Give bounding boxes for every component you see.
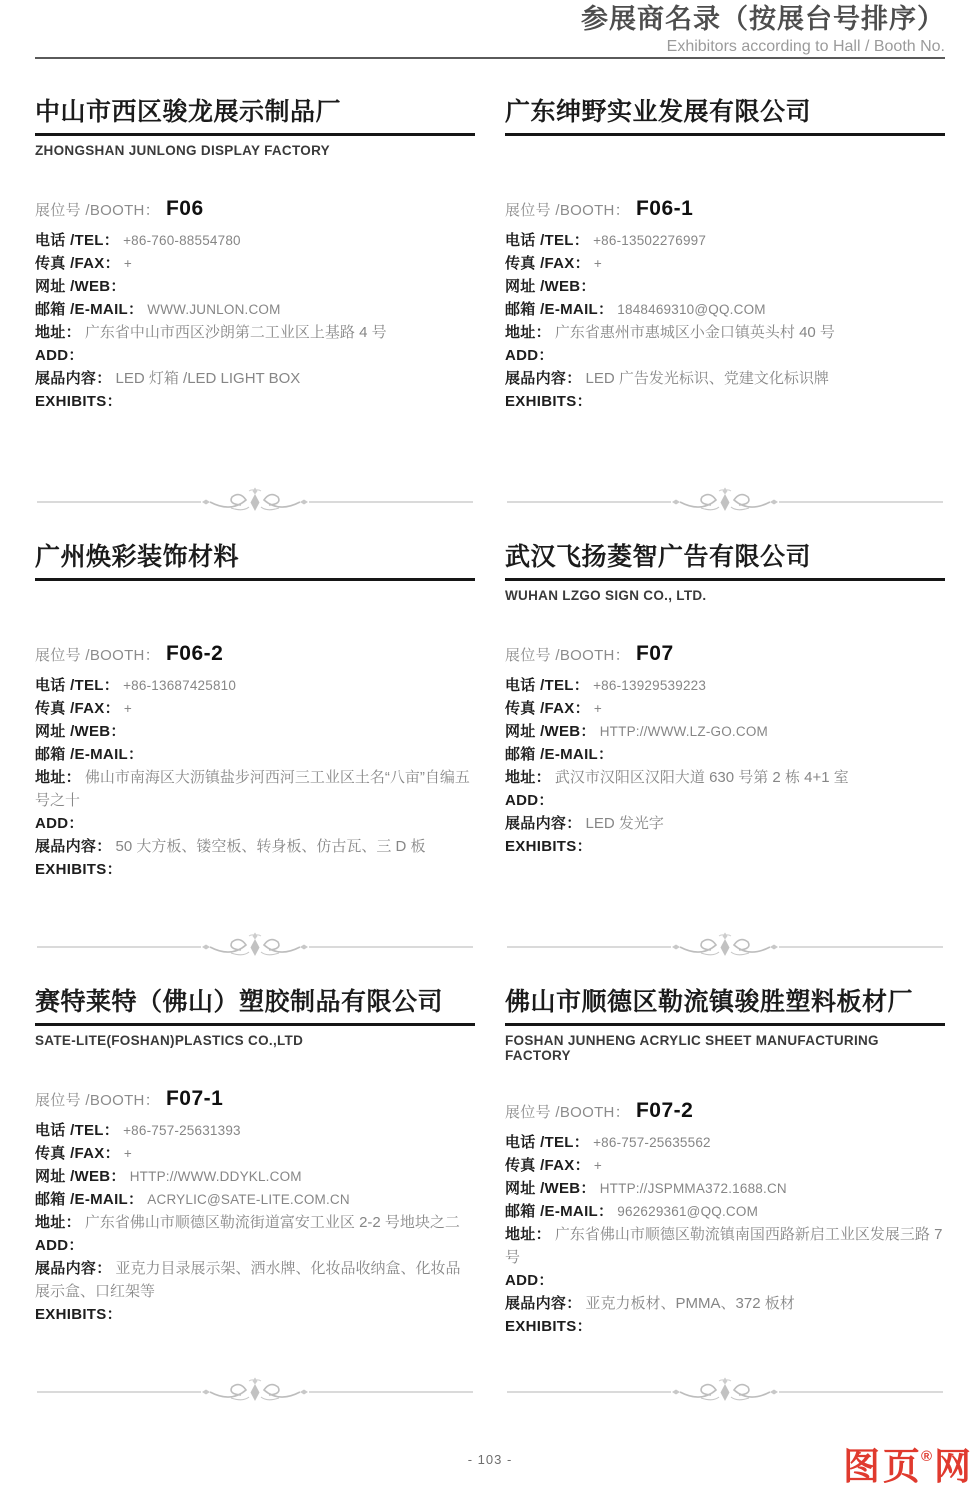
tel-value: +86-13502276997 xyxy=(593,233,706,248)
flourish-divider xyxy=(35,932,475,960)
tel-line: 电话 /TEL：+86-13502276997 xyxy=(505,229,945,252)
tel-value: +86-13687425810 xyxy=(123,678,236,693)
booth-line: 展位号 /BOOTH：F07-1 xyxy=(35,1084,475,1116)
company-details: 展位号 /BOOTH：F07-1 电话 /TEL：+86-757-2563139… xyxy=(35,1084,475,1326)
exhibitor-card: 中山市西区骏龙展示制品厂 ZHONGSHAN JUNLONG DISPLAY F… xyxy=(35,88,475,413)
email-line: 邮箱 /E-MAIL：ACRYLIC@SATE-LITE.COM.CN xyxy=(35,1188,475,1211)
tel-label: 电话 /TEL： xyxy=(505,1134,589,1151)
flourish-ornament-icon xyxy=(505,487,945,515)
email-line: 邮箱 /E-MAIL： xyxy=(505,743,945,766)
tel-line: 电话 /TEL：+86-13929539223 xyxy=(505,674,945,697)
booth-number: F06 xyxy=(166,197,204,220)
booth-label: 展位号 /BOOTH： xyxy=(505,647,630,664)
grid-row-3: 赛特莱特（佛山）塑胶制品有限公司 SATE-LITE(FOSHAN)PLASTI… xyxy=(35,978,945,1423)
email-line: 邮箱 /E-MAIL：WWW.JUNLON.COM xyxy=(35,298,475,321)
add-line: ADD： xyxy=(35,812,475,835)
web-line: 网址 /WEB：HTTP://JSPMMA372.1688.CN xyxy=(505,1177,945,1200)
flourish-divider xyxy=(35,487,475,515)
booth-line: 展位号 /BOOTH：F06 xyxy=(35,194,475,226)
tel-line: 电话 /TEL：+86-757-25631393 xyxy=(35,1119,475,1142)
tel-label: 电话 /TEL： xyxy=(35,1122,119,1139)
web-label: 网址 /WEB： xyxy=(505,278,596,295)
web-value: HTTP://WWW.LZ-GO.COM xyxy=(600,724,768,739)
web-label: 网址 /WEB： xyxy=(35,1168,126,1185)
email-line: 邮箱 /E-MAIL： xyxy=(35,743,475,766)
email-line: 邮箱 /E-MAIL：1848469310@QQ.COM xyxy=(505,298,945,321)
address-label-cn: 地址： xyxy=(505,324,551,341)
web-line: 网址 /WEB： xyxy=(35,720,475,743)
booth-number: F07-2 xyxy=(636,1099,693,1122)
exhibits-label-cn: 展品内容： xyxy=(505,1295,582,1312)
company-details: 展位号 /BOOTH：F06-1 电话 /TEL：+86-13502276997… xyxy=(505,194,945,413)
exhibits-en-line: EXHIBITS： xyxy=(35,1303,475,1326)
exhibitor-card: 赛特莱特（佛山）塑胶制品有限公司 SATE-LITE(FOSHAN)PLASTI… xyxy=(35,978,475,1326)
booth-label: 展位号 /BOOTH： xyxy=(35,202,160,219)
email-label: 邮箱 /E-MAIL： xyxy=(505,1203,613,1220)
flourish-ornament-icon xyxy=(35,1377,475,1405)
header-divider-line xyxy=(35,57,945,59)
fax-line: 传真 /FAX：+ xyxy=(505,1154,945,1177)
booth-line: 展位号 /BOOTH：F06-1 xyxy=(505,194,945,226)
email-value: ACRYLIC@SATE-LITE.COM.CN xyxy=(147,1192,350,1207)
company-name-cn: 广东绅野实业发展有限公司 xyxy=(505,96,945,136)
email-line: 邮箱 /E-MAIL：962629361@QQ.COM xyxy=(505,1200,945,1223)
company-name-cn: 佛山市顺德区勒流镇骏胜塑料板材厂 xyxy=(505,986,945,1026)
exhibits-line: 展品内容：亚克力板材、PMMA、372 板材 xyxy=(505,1292,945,1315)
exhibits-value: 亚克力板材、PMMA、372 板材 xyxy=(586,1295,795,1312)
tel-label: 电话 /TEL： xyxy=(35,677,119,694)
exhibits-label-cn: 展品内容： xyxy=(35,370,112,387)
exhibitor-cell: 中山市西区骏龙展示制品厂 ZHONGSHAN JUNLONG DISPLAY F… xyxy=(35,88,475,533)
address-line: 地址：佛山市南海区大沥镇盐步河西河三工业区土名“八亩”自编五号之十 xyxy=(35,766,475,812)
address-label-en: ADD： xyxy=(35,815,84,832)
address-label-cn: 地址： xyxy=(35,769,81,786)
booth-number: F07-1 xyxy=(166,1087,223,1110)
web-value: HTTP://WWW.DDYKL.COM xyxy=(130,1169,302,1184)
add-line: ADD： xyxy=(35,344,475,367)
flourish-ornament-icon xyxy=(35,487,475,515)
flourish-ornament-icon xyxy=(505,932,945,960)
watermark-text: 图页 xyxy=(843,1446,923,1487)
address-value: 广东省惠州市惠城区小金口镇英头村 40 号 xyxy=(555,324,835,341)
address-line: 地址：广东省佛山市顺德区勒流街道富安工业区 2-2 号地块之二 xyxy=(35,1211,475,1234)
exhibits-value: LED 发光字 xyxy=(586,815,664,832)
web-label: 网址 /WEB： xyxy=(505,723,596,740)
exhibitor-card: 武汉飞扬菱智广告有限公司 WUHAN LZGO SIGN CO., LTD. 展… xyxy=(505,533,945,858)
booth-number: F06-1 xyxy=(636,197,693,220)
exhibitor-cell: 佛山市顺德区勒流镇骏胜塑料板材厂 FOSHAN JUNHENG ACRYLIC … xyxy=(505,978,945,1423)
flourish-divider xyxy=(35,1377,475,1405)
web-label: 网址 /WEB： xyxy=(35,278,126,295)
flourish-divider xyxy=(505,932,945,960)
address-label-en: ADD： xyxy=(505,347,554,364)
address-line: 地址：广东省中山市西区沙朗第二工业区上基路 4 号 xyxy=(35,321,475,344)
address-label-en: ADD： xyxy=(505,792,554,809)
exhibitor-cell: 广东绅野实业发展有限公司 展位号 /BOOTH：F06-1 电话 /TEL：+8… xyxy=(505,88,945,533)
exhibits-value: LED 广告发光标识、党建文化标识牌 xyxy=(586,370,829,387)
exhibits-value: LED 灯箱 /LED LIGHT BOX xyxy=(116,370,301,387)
page-subtitle: Exhibitors according to Hall / Booth No. xyxy=(35,36,945,57)
fax-value: + xyxy=(594,256,602,271)
add-line: ADD： xyxy=(505,344,945,367)
exhibits-line: 展品内容：亚克力目录展示架、洒水牌、化妆品收纳盒、化妆品展示盒、口红架等 xyxy=(35,1257,475,1303)
address-label-cn: 地址： xyxy=(35,324,81,341)
address-label-en: ADD： xyxy=(35,1237,84,1254)
address-value: 广东省佛山市顺德区勒流街道富安工业区 2-2 号地块之二 xyxy=(85,1214,460,1231)
booth-label: 展位号 /BOOTH： xyxy=(35,647,160,664)
exhibitor-cell: 赛特莱特（佛山）塑胶制品有限公司 SATE-LITE(FOSHAN)PLASTI… xyxy=(35,978,475,1423)
tel-label: 电话 /TEL： xyxy=(35,232,119,249)
exhibitor-card: 广东绅野实业发展有限公司 展位号 /BOOTH：F06-1 电话 /TEL：+8… xyxy=(505,88,945,413)
company-name-cn: 武汉飞扬菱智广告有限公司 xyxy=(505,541,945,581)
address-label-en: ADD： xyxy=(505,1272,554,1289)
tuye-watermark-logo: 图页®网 xyxy=(843,1448,974,1485)
booth-line: 展位号 /BOOTH：F07 xyxy=(505,639,945,671)
add-line: ADD： xyxy=(35,1234,475,1257)
fax-label: 传真 /FAX： xyxy=(505,1157,590,1174)
booth-label: 展位号 /BOOTH： xyxy=(505,202,630,219)
address-label-cn: 地址： xyxy=(505,769,551,786)
address-value: 广东省佛山市顺德区勒流镇南国西路新启工业区发展三路 7 号 xyxy=(505,1226,942,1266)
exhibits-label-en: EXHIBITS： xyxy=(35,861,122,878)
company-name-cn: 中山市西区骏龙展示制品厂 xyxy=(35,96,475,136)
exhibits-label-en: EXHIBITS： xyxy=(505,393,592,410)
grid-row-2: 广州焕彩装饰材料 展位号 /BOOTH：F06-2 电话 /TEL：+86-13… xyxy=(35,533,945,978)
flourish-divider xyxy=(505,1377,945,1405)
exhibitor-grid: 中山市西区骏龙展示制品厂 ZHONGSHAN JUNLONG DISPLAY F… xyxy=(35,88,945,1423)
exhibits-en-line: EXHIBITS： xyxy=(35,390,475,413)
exhibits-label-en: EXHIBITS： xyxy=(505,1318,592,1335)
web-line: 网址 /WEB： xyxy=(35,275,475,298)
watermark-text-last: 网 xyxy=(934,1446,974,1487)
fax-label: 传真 /FAX： xyxy=(35,700,120,717)
exhibits-label-cn: 展品内容： xyxy=(505,815,582,832)
fax-value: + xyxy=(124,701,132,716)
exhibits-label-cn: 展品内容： xyxy=(35,1260,112,1277)
company-name-en: SATE-LITE(FOSHAN)PLASTICS CO.,LTD xyxy=(35,1033,475,1051)
address-label-en: ADD： xyxy=(35,347,84,364)
exhibitor-card: 广州焕彩装饰材料 展位号 /BOOTH：F06-2 电话 /TEL：+86-13… xyxy=(35,533,475,881)
fax-line: 传真 /FAX：+ xyxy=(505,252,945,275)
address-value: 武汉市汉阳区汉阳大道 630 号第 2 栋 4+1 室 xyxy=(555,769,849,786)
email-label: 邮箱 /E-MAIL： xyxy=(35,301,143,318)
fax-value: + xyxy=(594,701,602,716)
web-line: 网址 /WEB： xyxy=(505,275,945,298)
booth-number: F07 xyxy=(636,642,674,665)
email-label: 邮箱 /E-MAIL： xyxy=(505,301,613,318)
exhibitor-cell: 武汉飞扬菱智广告有限公司 WUHAN LZGO SIGN CO., LTD. 展… xyxy=(505,533,945,978)
company-name-cn: 赛特莱特（佛山）塑胶制品有限公司 xyxy=(35,986,475,1026)
fax-line: 传真 /FAX：+ xyxy=(35,697,475,720)
address-line: 地址：武汉市汉阳区汉阳大道 630 号第 2 栋 4+1 室 xyxy=(505,766,945,789)
email-value: 1848469310@QQ.COM xyxy=(617,302,765,317)
tel-line: 电话 /TEL：+86-757-25635562 xyxy=(505,1131,945,1154)
fax-line: 传真 /FAX：+ xyxy=(505,697,945,720)
booth-number: F06-2 xyxy=(166,642,223,665)
exhibits-en-line: EXHIBITS： xyxy=(505,835,945,858)
fax-label: 传真 /FAX： xyxy=(35,1145,120,1162)
address-label-cn: 地址： xyxy=(505,1226,551,1243)
booth-label: 展位号 /BOOTH： xyxy=(505,1104,630,1121)
add-line: ADD： xyxy=(505,789,945,812)
address-label-cn: 地址： xyxy=(35,1214,81,1231)
exhibits-line: 展品内容：50 大方板、镂空板、转身板、仿古瓦、三 D 板 xyxy=(35,835,475,858)
fax-value: + xyxy=(594,1158,602,1173)
address-line: 地址：广东省佛山市顺德区勒流镇南国西路新启工业区发展三路 7 号 xyxy=(505,1223,945,1269)
flourish-ornament-icon xyxy=(35,932,475,960)
tel-label: 电话 /TEL： xyxy=(505,232,589,249)
email-label: 邮箱 /E-MAIL： xyxy=(505,746,613,763)
company-name-cn: 广州焕彩装饰材料 xyxy=(35,541,475,581)
company-name-en xyxy=(505,143,945,161)
fax-label: 传真 /FAX： xyxy=(35,255,120,272)
company-name-en xyxy=(35,588,475,606)
email-label: 邮箱 /E-MAIL： xyxy=(35,1191,143,1208)
address-value: 佛山市南海区大沥镇盐步河西河三工业区土名“八亩”自编五号之十 xyxy=(35,769,470,809)
fax-label: 传真 /FAX： xyxy=(505,700,590,717)
add-line: ADD： xyxy=(505,1269,945,1292)
fax-value: + xyxy=(124,256,132,271)
exhibits-line: 展品内容：LED 灯箱 /LED LIGHT BOX xyxy=(35,367,475,390)
web-line: 网址 /WEB：HTTP://WWW.DDYKL.COM xyxy=(35,1165,475,1188)
web-value: HTTP://JSPMMA372.1688.CN xyxy=(600,1181,787,1196)
exhibits-en-line: EXHIBITS： xyxy=(505,390,945,413)
address-line: 地址：广东省惠州市惠城区小金口镇英头村 40 号 xyxy=(505,321,945,344)
registered-trademark-icon: ® xyxy=(921,1448,932,1465)
catalog-page: 参展商名录（按展台号排序） Exhibitors according to Ha… xyxy=(0,0,980,1489)
tel-line: 电话 /TEL：+86-13687425810 xyxy=(35,674,475,697)
tel-value: +86-13929539223 xyxy=(593,678,706,693)
email-value: WWW.JUNLON.COM xyxy=(147,302,280,317)
page-header: 参展商名录（按展台号排序） Exhibitors according to Ha… xyxy=(35,4,945,57)
address-value: 广东省中山市西区沙朗第二工业区上基路 4 号 xyxy=(85,324,387,341)
company-details: 展位号 /BOOTH：F06-2 电话 /TEL：+86-13687425810… xyxy=(35,639,475,881)
booth-label: 展位号 /BOOTH： xyxy=(35,1092,160,1109)
tel-line: 电话 /TEL：+86-760-88554780 xyxy=(35,229,475,252)
flourish-ornament-icon xyxy=(505,1377,945,1405)
tel-value: +86-757-25631393 xyxy=(123,1123,241,1138)
flourish-divider xyxy=(505,487,945,515)
email-label: 邮箱 /E-MAIL： xyxy=(35,746,143,763)
exhibits-line: 展品内容：LED 广告发光标识、党建文化标识牌 xyxy=(505,367,945,390)
fax-value: + xyxy=(124,1146,132,1161)
tel-value: +86-760-88554780 xyxy=(123,233,241,248)
booth-line: 展位号 /BOOTH：F06-2 xyxy=(35,639,475,671)
fax-line: 传真 /FAX：+ xyxy=(35,252,475,275)
page-title: 参展商名录（按展台号排序） xyxy=(35,4,945,34)
fax-line: 传真 /FAX：+ xyxy=(35,1142,475,1165)
grid-row-1: 中山市西区骏龙展示制品厂 ZHONGSHAN JUNLONG DISPLAY F… xyxy=(35,88,945,533)
company-details: 展位号 /BOOTH：F06 电话 /TEL：+86-760-88554780 … xyxy=(35,194,475,413)
email-value: 962629361@QQ.COM xyxy=(617,1204,758,1219)
exhibits-label-cn: 展品内容： xyxy=(505,370,582,387)
company-name-en: ZHONGSHAN JUNLONG DISPLAY FACTORY xyxy=(35,143,475,161)
exhibits-en-line: EXHIBITS： xyxy=(505,1315,945,1338)
exhibitor-cell: 广州焕彩装饰材料 展位号 /BOOTH：F06-2 电话 /TEL：+86-13… xyxy=(35,533,475,978)
fax-label: 传真 /FAX： xyxy=(505,255,590,272)
exhibits-value: 50 大方板、镂空板、转身板、仿古瓦、三 D 板 xyxy=(116,838,426,855)
exhibits-label-en: EXHIBITS： xyxy=(505,838,592,855)
company-name-en: FOSHAN JUNHENG ACRYLIC SHEET MANUFACTURI… xyxy=(505,1033,945,1063)
company-details: 展位号 /BOOTH：F07 电话 /TEL：+86-13929539223 传… xyxy=(505,639,945,858)
company-details: 展位号 /BOOTH：F07-2 电话 /TEL：+86-757-2563556… xyxy=(505,1096,945,1338)
exhibits-label-cn: 展品内容： xyxy=(35,838,112,855)
exhibits-en-line: EXHIBITS： xyxy=(35,858,475,881)
page-number: - 103 - xyxy=(0,1452,980,1467)
web-label: 网址 /WEB： xyxy=(505,1180,596,1197)
exhibits-line: 展品内容：LED 发光字 xyxy=(505,812,945,835)
web-label: 网址 /WEB： xyxy=(35,723,126,740)
exhibitor-card: 佛山市顺德区勒流镇骏胜塑料板材厂 FOSHAN JUNHENG ACRYLIC … xyxy=(505,978,945,1338)
web-line: 网址 /WEB：HTTP://WWW.LZ-GO.COM xyxy=(505,720,945,743)
exhibits-label-en: EXHIBITS： xyxy=(35,1306,122,1323)
tel-label: 电话 /TEL： xyxy=(505,677,589,694)
company-name-en: WUHAN LZGO SIGN CO., LTD. xyxy=(505,588,945,606)
exhibits-label-en: EXHIBITS： xyxy=(35,393,122,410)
tel-value: +86-757-25635562 xyxy=(593,1135,711,1150)
booth-line: 展位号 /BOOTH：F07-2 xyxy=(505,1096,945,1128)
